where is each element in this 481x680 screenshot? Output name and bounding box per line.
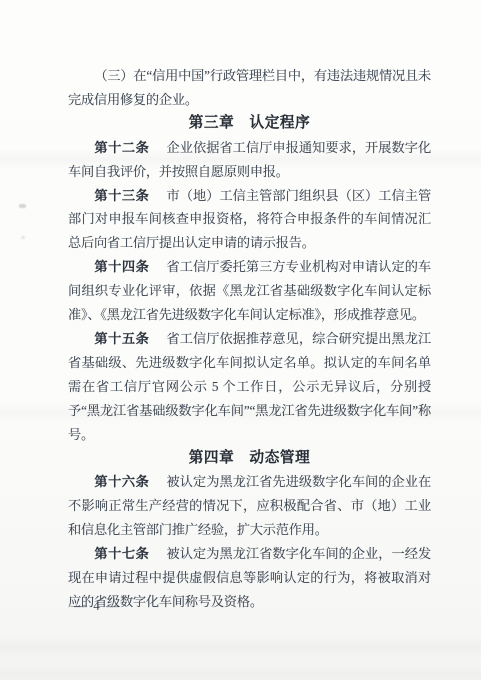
article-12-label: 第十二条 bbox=[94, 140, 149, 155]
article-15-label: 第十五条 bbox=[94, 331, 149, 346]
article-12: 第十二条企业依据省工信厅申报通知要求，开展数字化车间自我评价，并按照自愿原则申报… bbox=[68, 136, 431, 184]
article-15: 第十五条省工信厅依据推荐意见，综合研究提出黑龙江省基础级、先进级数字化车间拟认定… bbox=[68, 327, 431, 447]
carryover-paragraph: （三）在“信用中国”行政管理栏目中，有违法违规情况且未完成信用修复的企业。 bbox=[68, 64, 431, 112]
scan-speck bbox=[21, 236, 25, 239]
scan-streak bbox=[0, 636, 481, 658]
article-13: 第十三条市（地）工信主管部门组织县（区）工信主管部门对申报车间核查申报资格，将符… bbox=[68, 184, 431, 256]
article-16-label: 第十六条 bbox=[94, 474, 149, 489]
article-16: 第十六条被认定为黑龙江省先进级数字化车间的企业在不影响正常生产经营的情况下，应积… bbox=[68, 470, 431, 542]
page-content: （三）在“信用中国”行政管理栏目中，有违法违规情况且未完成信用修复的企业。 第三… bbox=[68, 64, 431, 614]
chapter-heading-4: 第四章 动态管理 bbox=[68, 447, 431, 471]
article-17: 第十七条被认定为黑龙江省数字化车间的企业，一经发现在申请过程中提供虚假信息等影响… bbox=[68, 542, 431, 614]
scan-streak bbox=[0, 664, 481, 680]
chapter-heading-3: 第三章 认定程序 bbox=[68, 112, 431, 136]
article-17-label: 第十七条 bbox=[94, 546, 149, 561]
article-14: 第十四条省工信厅委托第三方专业机构对申请认定的车间组织专业化评审，依据《黑龙江省… bbox=[68, 255, 431, 327]
article-14-label: 第十四条 bbox=[94, 259, 149, 274]
document-page: （三）在“信用中国”行政管理栏目中，有违法违规情况且未完成信用修复的企业。 第三… bbox=[0, 0, 481, 680]
article-13-label: 第十三条 bbox=[94, 188, 149, 203]
page-number: — 4 — bbox=[74, 598, 121, 614]
article-15-text: 省工信厅依据推荐意见，综合研究提出黑龙江省基础级、先进级数字化车间拟认定名单。拟… bbox=[68, 331, 431, 442]
scan-speck bbox=[19, 204, 26, 208]
